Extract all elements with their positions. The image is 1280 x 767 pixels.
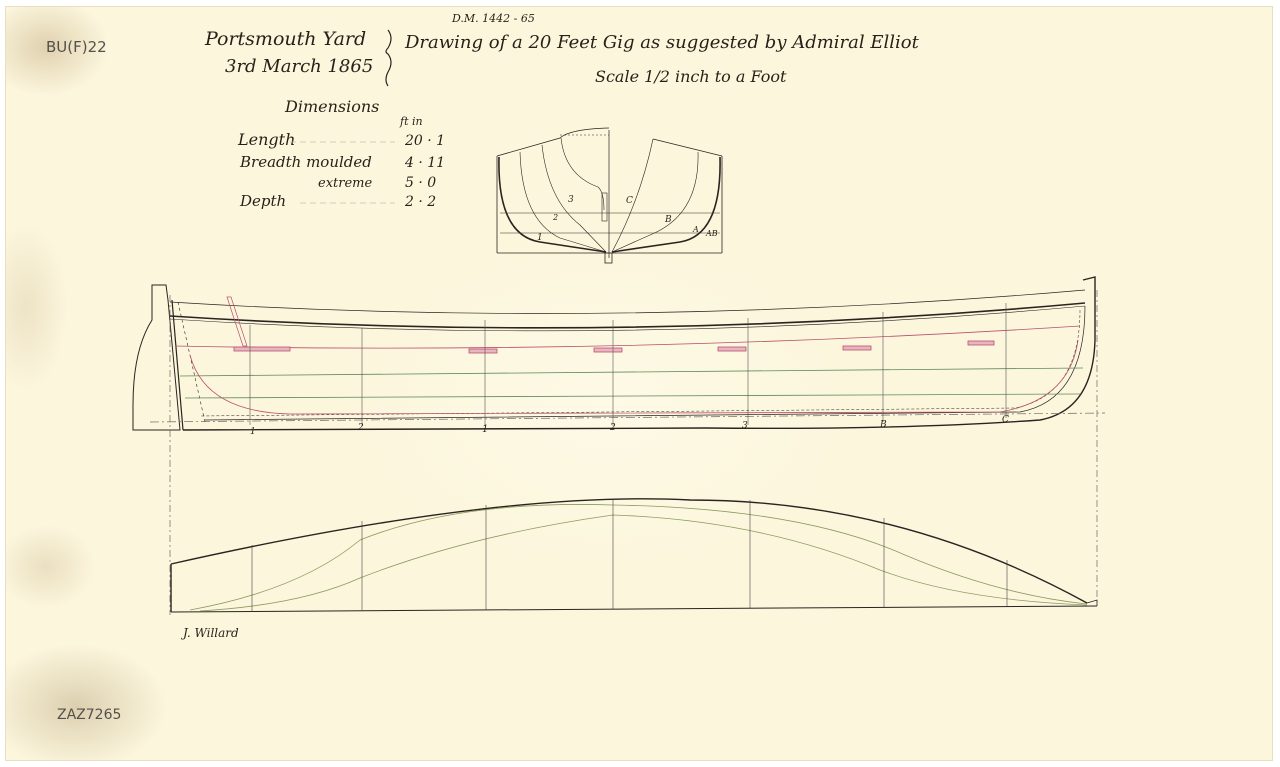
drawing-date: 3rd March 1865: [225, 56, 373, 77]
dim-value-depth: 2 · 2: [404, 194, 436, 210]
body-station-ab: AB: [705, 229, 718, 238]
drawing-number: D.M. 1442 - 65: [451, 12, 535, 25]
sheer-plan: 1 2 1 2 3 B C: [133, 277, 1105, 615]
body-station-1: 1: [537, 233, 543, 243]
body-station-a: A: [692, 225, 699, 234]
catalogue-ref-top: BU(F)22: [46, 38, 107, 56]
sheer-station-2b: 2: [609, 423, 616, 433]
dimensions-table: Dimensions ft in Length 20 · 1 Breadth m…: [237, 97, 445, 210]
dim-value-length: 20 · 1: [404, 133, 445, 149]
dim-label-length: Length: [237, 130, 295, 149]
dim-label-breadth-moulded: Breadth moulded: [239, 153, 372, 171]
dimensions-heading: Dimensions: [284, 97, 379, 116]
drawing-title: Drawing of a 20 Feet Gig as suggested by…: [404, 32, 920, 53]
body-station-c: C: [626, 196, 633, 206]
sheer-station-1b: 1: [482, 424, 488, 435]
body-station-3: 3: [568, 195, 574, 205]
sheer-station-c: C: [1002, 415, 1009, 425]
dim-label-depth: Depth: [239, 192, 286, 210]
dim-label-extreme: extreme: [318, 176, 372, 191]
half-breadth-plan: [171, 499, 1097, 612]
yard-name: Portsmouth Yard: [204, 28, 366, 50]
draughtsman-signature: J. Willard: [180, 626, 239, 640]
thwarts: [234, 341, 994, 353]
sheer-station-1: 1: [250, 427, 256, 437]
body-station-b: B: [664, 215, 672, 225]
sheer-station-b: B: [879, 420, 887, 430]
brace: [386, 30, 391, 86]
dimensions-units: ft in: [399, 115, 423, 128]
dim-value-breadth-moulded: 4 · 11: [404, 155, 445, 171]
title-block: Portsmouth Yard 3rd March 1865 D.M. 1442…: [204, 12, 920, 86]
catalogue-ref-bottom: ZAZ7265: [57, 707, 121, 723]
dim-value-extreme: 5 · 0: [405, 175, 436, 191]
body-station-2: 2: [552, 213, 558, 222]
ship-plan-drawing: BU(F)22 ZAZ7265 Portsmouth Yard 3rd Marc…: [0, 0, 1280, 767]
sheer-station-2: 2: [357, 423, 364, 433]
drawing-scale: Scale 1/2 inch to a Foot: [595, 67, 787, 86]
sheer-station-3: 3: [742, 421, 748, 431]
body-plan: 1 2 3 C B A AB: [497, 128, 722, 263]
